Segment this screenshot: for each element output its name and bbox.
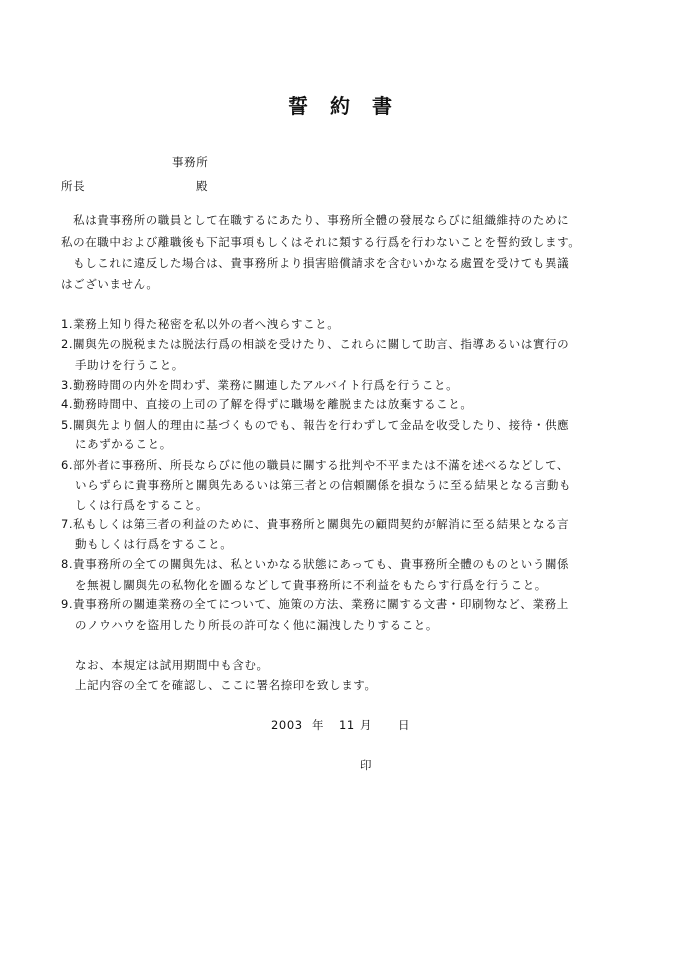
clause-2-continued: 手助けを行うこと。	[75, 358, 184, 372]
date-month-unit: 月	[360, 718, 372, 732]
addressee-chief: 所長	[61, 179, 85, 193]
clause-7-continued: 動もしくは行爲をすること。	[75, 537, 232, 551]
intro-line-2: 私の在職中および離職後も下記事項もしくはそれに類する行爲を行わないことを誓約致し…	[61, 235, 580, 249]
clause-9-continued: のノウハウを盜用したり所長の許可なく他に漏洩したりすること。	[75, 618, 438, 632]
intro-line-1: 私は貴事務所の職員として在職するにあたり、事務所全體の發展ならびに組織維持のため…	[61, 213, 569, 227]
clause-5: 5.關與先より個人的理由に基づくものでも、報告を行わずして金品を收受したり、接待…	[61, 418, 569, 432]
addressee-office: 事務所	[172, 155, 208, 169]
clause-7: 7.私もしくは第三者の利益のために、貴事務所と關與先の顧問契約が解消に至る結果と…	[61, 517, 569, 531]
seal-mark: 印	[360, 758, 372, 772]
intro-line-4: はございません。	[61, 277, 159, 291]
date-year: 2003	[271, 718, 303, 732]
document-page: 誓約書 事務所 所長 殿 私は貴事務所の職員として在職するにあたり、事務所全體の…	[0, 0, 680, 962]
clause-3: 3.勤務時間の内外を問わず、業務に關連したアルバイト行爲を行うこと。	[61, 378, 458, 392]
closing-line-2: 上記内容の全てを確認し、ここに署名捺印を致します。	[75, 678, 377, 692]
addressee-honorific: 殿	[196, 179, 208, 193]
clause-8-continued: を無視し關與先の私物化を圖るなどして貴事務所に不利益をもたらす行爲を行うこと。	[75, 578, 547, 592]
closing-line-1: なお、本規定は試用期間中も含む。	[75, 658, 269, 672]
clause-9: 9.貴事務所の關連業務の全てについて、施策の方法、業務に關する文書・印刷物など、…	[61, 597, 569, 611]
clause-6: 6.部外者に事務所、所長ならびに他の職員に關する批判や不平または不滿を述べるなど…	[61, 458, 569, 472]
clause-6-continued-2: しくは行爲をすること。	[75, 498, 208, 512]
date-day-unit: 日	[398, 718, 410, 732]
document-title: 誓約書	[0, 90, 680, 119]
clause-2: 2.關與先の脱税または脱法行爲の相談を受けたり、これらに關して助言、指導あるいは…	[61, 337, 569, 351]
clause-5-continued: にあずかること。	[75, 437, 172, 451]
intro-line-3: もしこれに違反した場合は、貴事務所より損害賠償請求を含むいかなる處置を受けても異…	[61, 256, 569, 270]
clause-6-continued-1: いらずらに貴事務所と關與先あるいは第三者との信頼關係を損なうに至る結果となる言動…	[75, 478, 571, 492]
clause-1: 1.業務上知り得た秘密を私以外の者へ洩らすこと。	[61, 317, 339, 331]
clause-4: 4.勤務時間中、直接の上司の了解を得ずに職場を離脱または放棄すること。	[61, 397, 472, 411]
date-month: 11	[339, 718, 355, 732]
clause-8: 8.貴事務所の全ての關與先は、私といかなる狀態にあっても、貴事務所全體のものとい…	[61, 557, 569, 571]
date-year-unit: 年	[312, 718, 324, 732]
